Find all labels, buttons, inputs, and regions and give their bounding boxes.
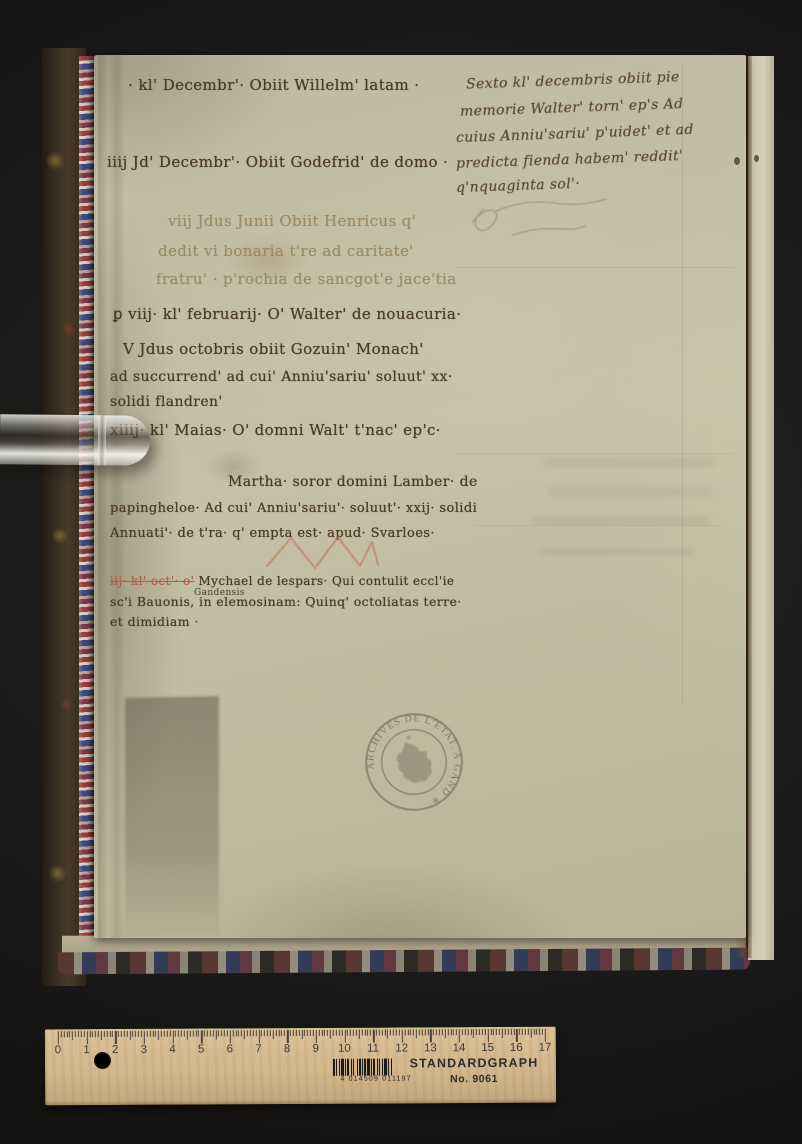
ruler-tick xyxy=(109,1031,110,1037)
ruler-tick xyxy=(170,1031,171,1037)
ruler-tick xyxy=(124,1031,125,1037)
ruler-tick xyxy=(419,1029,420,1035)
ruler-tick xyxy=(384,1030,385,1036)
ruler-tick xyxy=(135,1031,136,1037)
ruler-tick xyxy=(519,1029,520,1035)
stamp-lion-emblem xyxy=(392,732,434,786)
ruler-tick xyxy=(138,1031,139,1037)
ruler-tick xyxy=(141,1031,142,1037)
ruler-tick xyxy=(192,1031,193,1037)
ruler-tick xyxy=(364,1030,365,1036)
ruler-tick xyxy=(525,1029,526,1035)
ruler-tick xyxy=(336,1030,337,1036)
ruler-tick xyxy=(536,1029,537,1035)
glass-rod-weight xyxy=(0,414,150,466)
ruler-tick xyxy=(270,1030,271,1036)
ruler-tick xyxy=(273,1030,274,1039)
ruler-tick xyxy=(376,1030,377,1036)
ruler-tick xyxy=(531,1029,532,1038)
ruler-tick xyxy=(442,1029,443,1035)
ruler-tick xyxy=(462,1029,463,1035)
ruler-brand-label: STANDARDGRAPH xyxy=(393,1056,555,1071)
ruler-tick xyxy=(410,1029,411,1035)
archive-stamp: ARCHIVES DE L'ÉTAT. A GAND ✳ xyxy=(352,700,475,823)
ruler-tick xyxy=(350,1030,351,1036)
ruler-tick xyxy=(69,1031,70,1037)
ruler-tick xyxy=(473,1029,474,1038)
ruler-tick xyxy=(396,1029,397,1035)
ruler-tick xyxy=(430,1029,431,1042)
ruler-tick xyxy=(158,1031,159,1040)
ruler-tick xyxy=(238,1030,239,1036)
ruler-tick xyxy=(407,1029,408,1035)
ruler-tick xyxy=(488,1029,489,1042)
ruler-tick xyxy=(450,1029,451,1035)
ruler-tick xyxy=(278,1030,279,1036)
ruler-tick xyxy=(304,1030,305,1036)
ruler-tick xyxy=(436,1029,437,1035)
ruler-number: 17 xyxy=(539,1042,552,1054)
ruler-tick xyxy=(58,1031,59,1044)
ruler-tick xyxy=(510,1029,511,1035)
ruler-tick xyxy=(344,1030,345,1043)
ruler-tick xyxy=(539,1029,540,1035)
ruler-tick xyxy=(479,1029,480,1035)
ruler-number: 4 xyxy=(169,1044,175,1056)
ruler-tick xyxy=(75,1031,76,1037)
ruler-tick xyxy=(427,1029,428,1035)
ruler-tick xyxy=(152,1031,153,1037)
marbled-bottom-edge xyxy=(58,948,750,975)
ruler-tick xyxy=(499,1029,500,1035)
ruler-tick xyxy=(147,1031,148,1037)
ruler-tick xyxy=(496,1029,497,1035)
ruler-tick xyxy=(61,1031,62,1037)
ruler-tick xyxy=(445,1029,446,1038)
glass-rod-collar xyxy=(98,415,107,465)
ruler-tick xyxy=(447,1029,448,1035)
ruler-tick xyxy=(341,1030,342,1036)
ruler-number: 8 xyxy=(284,1043,290,1055)
ruler-tick xyxy=(516,1029,517,1042)
ruler-tick xyxy=(467,1029,468,1035)
ruler-tick xyxy=(465,1029,466,1035)
ruler-tick xyxy=(129,1031,130,1040)
ruler-tick xyxy=(213,1030,214,1036)
ruler-tick xyxy=(72,1031,73,1040)
ruler-tick xyxy=(175,1031,176,1037)
ruler-tick xyxy=(218,1030,219,1036)
ruler-tick xyxy=(333,1030,334,1036)
ruler-tick xyxy=(172,1031,173,1044)
ruler-tick xyxy=(422,1029,423,1035)
effaced-pencil-note xyxy=(472,199,606,235)
ruler-tick xyxy=(404,1029,405,1035)
ruler-tick xyxy=(476,1029,477,1035)
ruler-number: 13 xyxy=(424,1042,437,1054)
ruler-number: 0 xyxy=(55,1044,61,1056)
ruler-tick xyxy=(490,1029,491,1035)
ruler-tick xyxy=(178,1031,179,1037)
ruler-tick xyxy=(456,1029,457,1035)
ruler-tick xyxy=(127,1031,128,1037)
ruler-tick xyxy=(533,1029,534,1035)
ruler-tick xyxy=(255,1030,256,1036)
ruler-tick xyxy=(81,1031,82,1037)
ruler-tick xyxy=(313,1030,314,1036)
ruler-tick xyxy=(221,1030,222,1036)
ruler-tick xyxy=(502,1029,503,1038)
ruler-tick xyxy=(258,1030,259,1043)
ruler-ticks xyxy=(45,1027,556,1030)
ruler-tick xyxy=(281,1030,282,1036)
ruler-number: 1 xyxy=(83,1044,89,1056)
ruler-tick xyxy=(316,1030,317,1043)
ruler-tick xyxy=(78,1031,79,1037)
ruler-tick xyxy=(453,1029,454,1035)
ruler-tick xyxy=(201,1031,202,1044)
ruler-tick xyxy=(227,1030,228,1036)
ruler-tick xyxy=(121,1031,122,1037)
ruler-tick xyxy=(522,1029,523,1035)
ruler-tick xyxy=(513,1029,514,1035)
ruler-tick xyxy=(89,1031,90,1037)
ruler-tick xyxy=(321,1030,322,1036)
ruler-tick xyxy=(413,1029,414,1035)
ruler-tick xyxy=(247,1030,248,1036)
ruler-number: 11 xyxy=(367,1043,379,1055)
ruler-tick xyxy=(264,1030,265,1036)
ruler-tick xyxy=(64,1031,65,1037)
ruler-tick xyxy=(149,1031,150,1037)
ruler-tick xyxy=(98,1031,99,1037)
ruler-tick xyxy=(253,1030,254,1036)
ruler-tick xyxy=(382,1030,383,1036)
ruler-tick xyxy=(235,1030,236,1036)
photo-of-manuscript: · kl' Decembr'· Obiit Willelm' latam · i… xyxy=(0,0,802,1144)
ruler-tick xyxy=(296,1030,297,1036)
ruler-hanging-hole xyxy=(94,1052,111,1069)
ruler-tick xyxy=(155,1031,156,1037)
ruler-tick xyxy=(284,1030,285,1036)
red-zigzag-mark xyxy=(267,537,378,568)
ruler-tick xyxy=(416,1029,417,1038)
ruler-number: 2 xyxy=(112,1044,118,1056)
ruler-tick xyxy=(310,1030,311,1036)
ruler-tick xyxy=(198,1031,199,1037)
ruler-tick xyxy=(493,1029,494,1035)
ruler-tick xyxy=(104,1031,105,1037)
parchment-hole xyxy=(754,155,759,162)
ruler-tick xyxy=(118,1031,119,1037)
ruler-tick xyxy=(276,1030,277,1036)
ruler-tick xyxy=(393,1030,394,1036)
ruler-number: 12 xyxy=(395,1042,408,1054)
ruler-number: 9 xyxy=(313,1043,319,1055)
ruler-tick xyxy=(307,1030,308,1036)
ruler-number: 15 xyxy=(481,1042,494,1054)
ruler-tick xyxy=(132,1031,133,1037)
ruler-tick xyxy=(167,1031,168,1037)
ruler-tick xyxy=(95,1031,96,1037)
ruler-tick xyxy=(86,1031,87,1044)
ruler-tick xyxy=(287,1030,288,1043)
ruler-tick xyxy=(164,1031,165,1037)
parchment-page: · kl' Decembr'· Obiit Willelm' latam · i… xyxy=(94,55,746,938)
ruler-tick xyxy=(66,1031,67,1037)
ruler-tick xyxy=(244,1030,245,1039)
ruler-tick xyxy=(470,1029,471,1035)
show-through-text xyxy=(534,457,714,556)
ruler-tick xyxy=(233,1030,234,1036)
ruler-tick xyxy=(359,1030,360,1039)
ruler-tick xyxy=(210,1030,211,1036)
ruler-tick xyxy=(508,1029,509,1035)
ruler-tick xyxy=(290,1030,291,1036)
ruler-tick xyxy=(187,1031,188,1040)
marbled-paper-strip xyxy=(79,56,94,968)
ruler-tick xyxy=(195,1031,196,1037)
ruler-tick xyxy=(425,1029,426,1035)
ruler-tick xyxy=(293,1030,294,1036)
ruler-tick xyxy=(215,1030,216,1039)
ruler-tick xyxy=(324,1030,325,1036)
ruler-tick xyxy=(353,1030,354,1036)
ruler-number: 6 xyxy=(227,1043,233,1055)
ruler-tick xyxy=(184,1031,185,1037)
ruler-tick xyxy=(115,1031,116,1044)
ruler-tick xyxy=(390,1030,391,1036)
ruler-tick xyxy=(261,1030,262,1036)
ruler-number: 3 xyxy=(141,1044,147,1056)
ruler-tick xyxy=(204,1031,205,1037)
ruler: 01234567891011121314151617 4 014509 0111… xyxy=(45,1027,556,1106)
ruler-tick xyxy=(545,1029,546,1042)
ruler-model-label: No. 9061 xyxy=(393,1073,555,1086)
ruler-tick xyxy=(433,1029,434,1035)
ruler-tick xyxy=(505,1029,506,1035)
ruler-tick xyxy=(319,1030,320,1036)
ruler-tick xyxy=(181,1031,182,1037)
ruler-number: 7 xyxy=(255,1043,261,1055)
ruler-tick xyxy=(361,1030,362,1036)
ruler-tick xyxy=(241,1030,242,1036)
ruler-tick xyxy=(330,1030,331,1039)
ruler-tick xyxy=(250,1030,251,1036)
ruler-tick xyxy=(112,1031,113,1037)
ruler-tick xyxy=(542,1029,543,1035)
ruler-tick xyxy=(224,1030,225,1036)
ruler-number: 10 xyxy=(338,1043,351,1055)
ruler-tick xyxy=(301,1030,302,1039)
ruler-tick xyxy=(267,1030,268,1036)
ruler-tick xyxy=(373,1030,374,1043)
ruler-tick xyxy=(367,1030,368,1036)
ruler-tick xyxy=(370,1030,371,1036)
ruler-tick xyxy=(482,1029,483,1035)
ruler-tick xyxy=(92,1031,93,1037)
ruler-tick xyxy=(101,1031,102,1040)
ruler-tick xyxy=(485,1029,486,1035)
ruler-number: 5 xyxy=(198,1044,204,1056)
ruler-tick xyxy=(161,1031,162,1037)
ruler-tick xyxy=(298,1030,299,1036)
ruler-tick xyxy=(190,1031,191,1037)
ruler-tick xyxy=(459,1029,460,1042)
ruler-tick xyxy=(347,1030,348,1036)
ruler-tick xyxy=(327,1030,328,1036)
ruler-tick xyxy=(230,1030,231,1043)
ruler-tick xyxy=(107,1031,108,1037)
ruler-tick xyxy=(356,1030,357,1036)
ruler-tick xyxy=(402,1029,403,1042)
ruler-tick xyxy=(399,1029,400,1035)
ruler-tick xyxy=(144,1031,145,1044)
ruler-number: 14 xyxy=(453,1042,466,1054)
ruler-number: 16 xyxy=(510,1042,523,1054)
ruler-tick xyxy=(439,1029,440,1035)
ruler-tick xyxy=(387,1030,388,1039)
ruler-tick xyxy=(207,1030,208,1036)
ruler-tick xyxy=(379,1030,380,1036)
ruler-tick xyxy=(339,1030,340,1036)
ruler-tick xyxy=(84,1031,85,1037)
ruler-tick xyxy=(528,1029,529,1035)
